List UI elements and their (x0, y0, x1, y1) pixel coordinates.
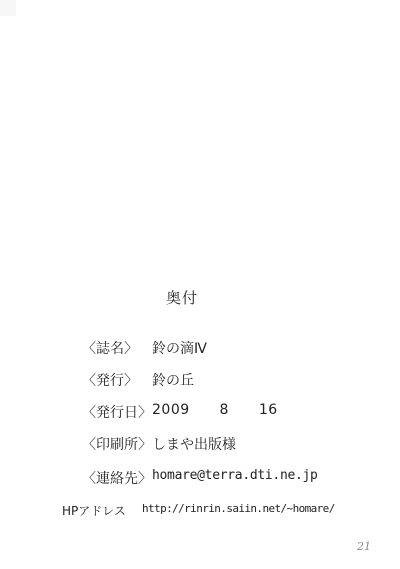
page-number: 21 (357, 540, 371, 553)
entry-value: 鈴の丘 (152, 370, 194, 390)
homepage-url[interactable]: http://rinrin.saiin.net/~homare/ (142, 502, 335, 515)
homepage-label: HPアドレス (62, 502, 126, 519)
entry-label: 〈発行日〉 (82, 402, 152, 422)
scan-artifact (0, 0, 16, 16)
entry-printer: 〈印刷所〉 しまや出版様 (0, 434, 400, 454)
entry-label: 〈誌名〉 (82, 338, 138, 358)
entry-value: 2009 8 16 (152, 402, 278, 418)
entry-label: 〈連絡先〉 (82, 468, 152, 488)
colophon-page: 奥付 〈誌名〉 鈴の滴Ⅳ 〈発行〉 鈴の丘 〈発行日〉 2009 8 16 〈印… (0, 0, 400, 569)
contact-email[interactable]: homare@terra.dti.ne.jp (152, 468, 318, 483)
entry-value: しまや出版様 (152, 434, 236, 454)
entry-publisher: 〈発行〉 鈴の丘 (0, 370, 400, 390)
entry-value: 鈴の滴Ⅳ (152, 338, 207, 358)
entry-publish-date: 〈発行日〉 2009 8 16 (0, 402, 400, 422)
entry-label: 〈印刷所〉 (82, 434, 152, 454)
colophon-title: 奥付 (166, 287, 198, 308)
entry-label: 〈発行〉 (82, 370, 138, 390)
entry-magazine-name: 〈誌名〉 鈴の滴Ⅳ (0, 338, 400, 358)
entry-contact: 〈連絡先〉 homare@terra.dti.ne.jp (0, 468, 400, 488)
